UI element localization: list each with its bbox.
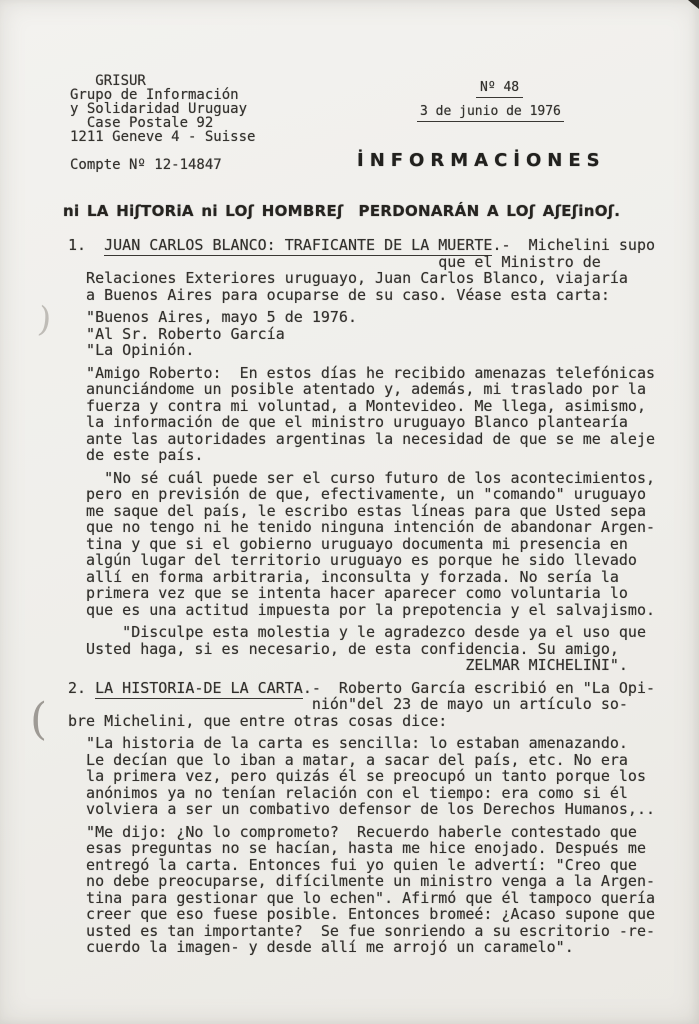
org-address-block: GRISUR Grupo de Información y Solidarida…	[70, 74, 255, 172]
section-1-number: 1.	[68, 236, 104, 254]
section-2-number: 2.	[68, 679, 95, 697]
letter-paragraph-3: "Disculpe esta molestia y le agradezco d…	[68, 624, 699, 674]
headline-slogan: ni LA HiʃTORiA ni LOʃ HOMBREʃ PERDONARÁN…	[63, 202, 620, 220]
scan-pen-mark-bottom: (	[30, 694, 47, 745]
section-2: 2. LA HISTORIA-DE LA CARTA.- Roberto Gar…	[68, 680, 699, 956]
section-2-intro: nión"del 23 de mayo un artículo so- bre …	[68, 696, 699, 729]
quote-paragraph-1: "La historia de la carta es sencilla: lo…	[68, 735, 699, 818]
section-2-heading: 2. LA HISTORIA-DE LA CARTA.- Roberto Gar…	[68, 680, 699, 697]
issue-date: 3 de junio de 1976	[417, 104, 564, 122]
section-1: 1. JUAN CARLOS BLANCO: TRAFICANTE DE LA …	[68, 237, 699, 674]
letter-paragraph-2: "No sé cuál puede ser el curso futuro de…	[68, 470, 699, 619]
scan-pen-mark-top: )	[36, 299, 53, 340]
issue-number: Nº 48	[476, 80, 523, 98]
section-1-heading: 1. JUAN CARLOS BLANCO: TRAFICANTE DE LA …	[68, 237, 699, 254]
document-body: 1. JUAN CARLOS BLANCO: TRAFICANTE DE LA …	[68, 237, 699, 962]
letter-paragraph-1: "Amigo Roberto: En estos días he recibid…	[68, 365, 699, 464]
section-1-heading-rest: .- Michelini supo	[492, 236, 655, 254]
letter-heading: "Buenos Aires, mayo 5 de 1976. "Al Sr. R…	[68, 309, 699, 359]
scan-corner-artifact	[688, 0, 699, 9]
section-2-heading-rest: .- Roberto García escribió en "La Opi-	[303, 679, 655, 697]
document-page: ) ( GRISUR Grupo de Información y Solida…	[0, 0, 699, 1024]
quote-paragraph-2: "Me dijo: ¿No lo comprometo? Recuerdo ha…	[68, 824, 699, 956]
document-title: İNFORMACİONES	[357, 150, 606, 171]
section-1-intro: que el Ministro de Relaciones Exteriores…	[68, 254, 699, 304]
